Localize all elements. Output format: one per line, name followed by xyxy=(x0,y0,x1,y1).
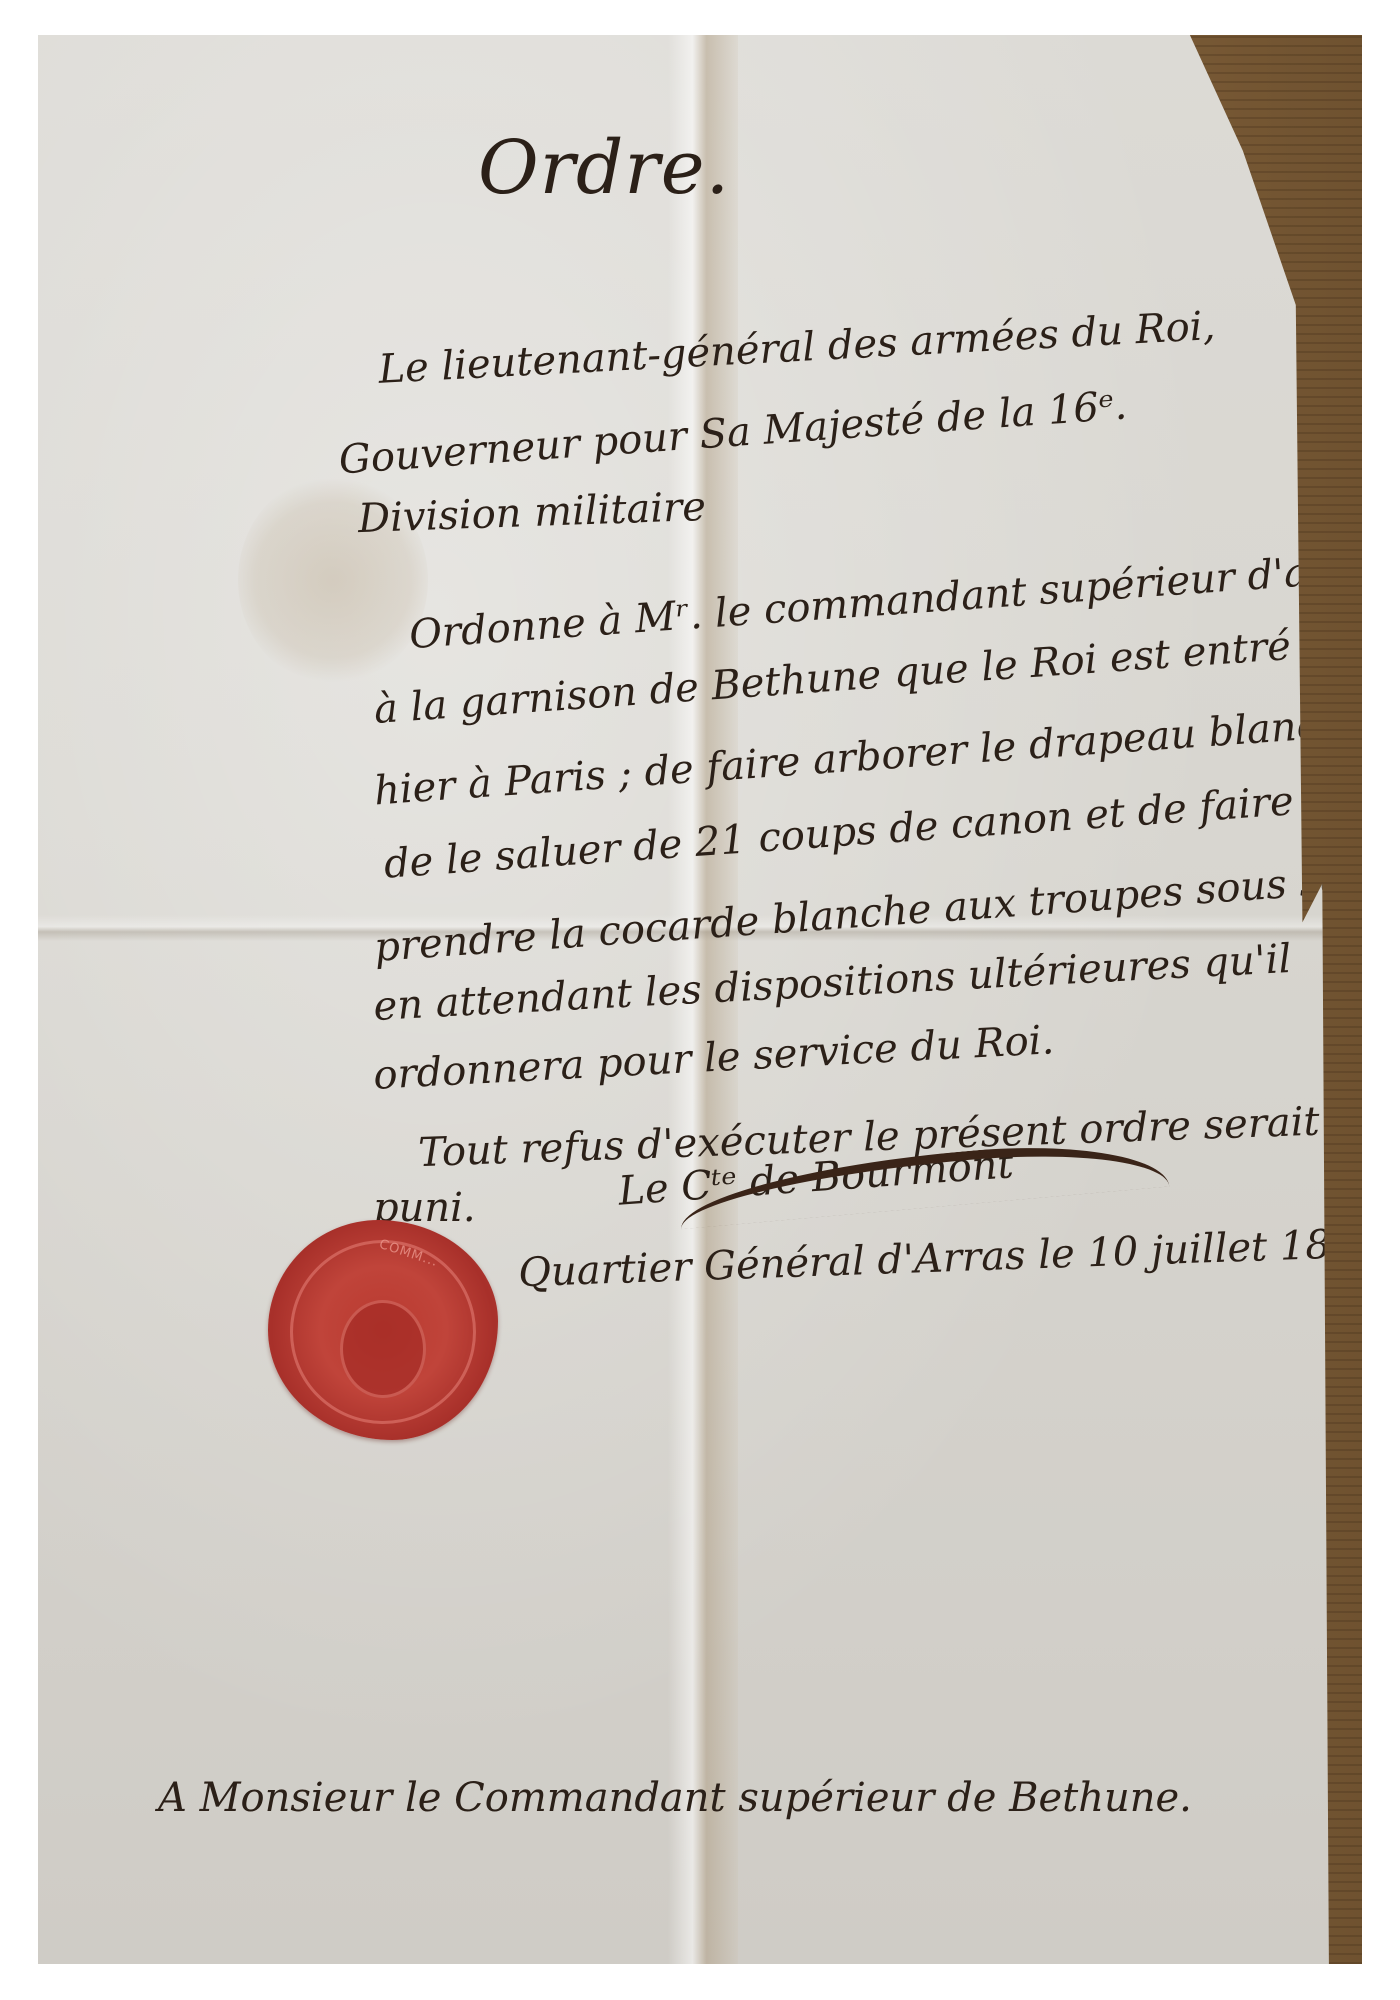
header-line-1: Le lieutenant-général des armées du Roi, xyxy=(377,303,1216,393)
paper-sheet: Ordre. Le lieutenant-général des armées … xyxy=(38,35,1362,1964)
dateline: Quartier Général d'Arras le 10 juillet 1… xyxy=(517,1220,1362,1297)
header-line-3: Division militaire xyxy=(357,484,706,542)
address-line: A Monsieur le Commandant supérieur de Be… xyxy=(158,1775,1192,1821)
document-title: Ordre. xyxy=(478,125,730,211)
wax-seal: COMM... xyxy=(268,1220,498,1440)
seal-coat-of-arms xyxy=(340,1300,426,1398)
document-photo: Ordre. Le lieutenant-général des armées … xyxy=(38,35,1362,1964)
